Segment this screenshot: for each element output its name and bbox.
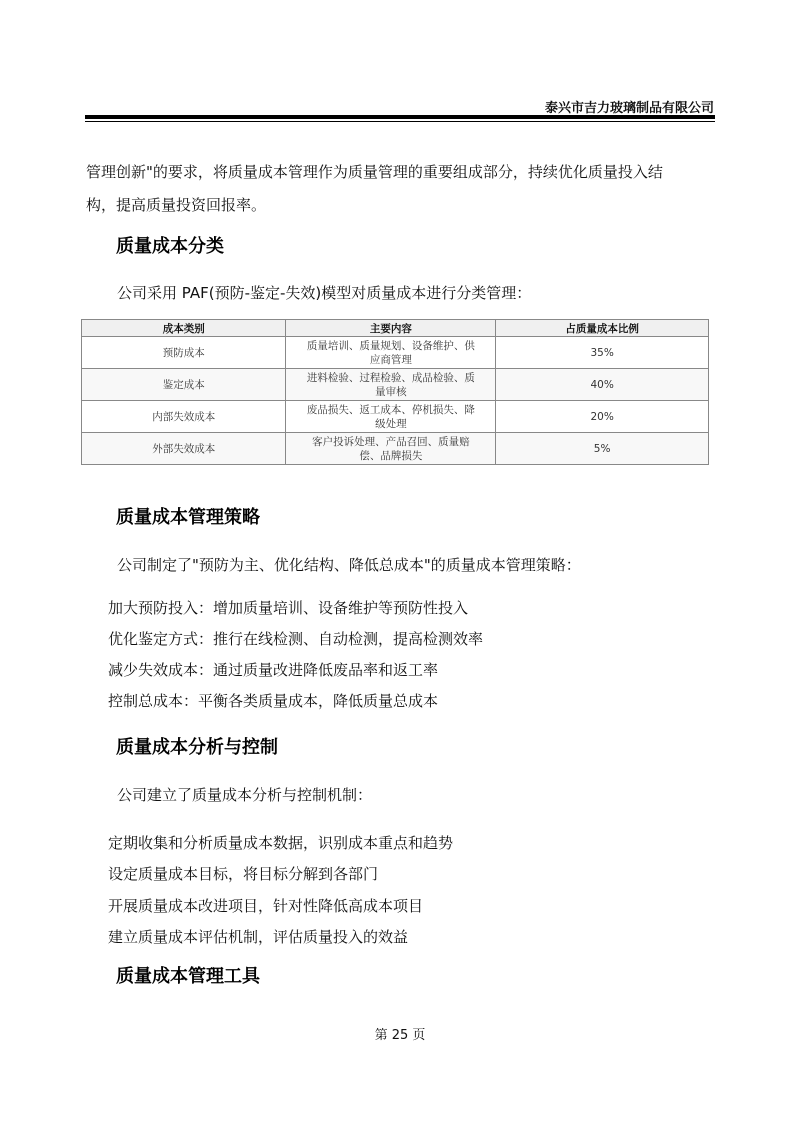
section-lead-analysis: 公司建立了质量成本分析与控制机制：: [117, 785, 372, 805]
intro-line-1: 管理创新"的要求，将质量成本管理作为质量管理的重要组成部分，持续优化质量投入结: [86, 162, 663, 182]
cell-content-line-1: 废品损失、返工成本、停机损失、降: [307, 404, 475, 416]
strategy-item: 优化鉴定方式：推行在线检测、自动检测，提高检测效率: [108, 629, 483, 649]
cell-content-line-2: 量审核: [375, 386, 407, 398]
table-row: 外部失效成本 客户投诉处理、产品召回、质量赔偿、品牌损失 5%: [82, 433, 709, 465]
cell-category: 外部失效成本: [82, 433, 286, 465]
cost-classification-table: 成本类别 主要内容 占质量成本比例 预防成本 质量培训、质量规划、设备维护、供应…: [81, 319, 709, 465]
strategy-item: 加大预防投入：增加质量培训、设备维护等预防性投入: [108, 598, 468, 618]
table-header-share: 占质量成本比例: [496, 320, 709, 337]
analysis-item: 建立质量成本评估机制，评估质量投入的效益: [108, 927, 408, 947]
cell-category: 预防成本: [82, 337, 286, 369]
strategy-item: 控制总成本：平衡各类质量成本，降低质量总成本: [108, 691, 438, 711]
cell-share: 20%: [496, 401, 709, 433]
table-header-category: 成本类别: [82, 320, 286, 337]
cell-content: 进料检验、过程检验、成品检验、质量审核: [286, 369, 496, 401]
cell-content: 废品损失、返工成本、停机损失、降级处理: [286, 401, 496, 433]
cell-content-line-1: 进料检验、过程检验、成品检验、质: [307, 372, 475, 384]
cell-content: 客户投诉处理、产品召回、质量赔偿、品牌损失: [286, 433, 496, 465]
cell-category: 内部失效成本: [82, 401, 286, 433]
table-row: 内部失效成本 废品损失、返工成本、停机损失、降级处理 20%: [82, 401, 709, 433]
section-heading-strategy: 质量成本管理策略: [116, 506, 260, 530]
header-company-name: 泰兴市吉力玻璃制品有限公司: [545, 97, 714, 116]
cell-content-line-2: 偿、品牌损失: [359, 450, 422, 462]
table-row: 鉴定成本 进料检验、过程检验、成品检验、质量审核 40%: [82, 369, 709, 401]
analysis-item: 开展质量成本改进项目，针对性降低高成本项目: [108, 896, 423, 916]
table-header-content: 主要内容: [286, 320, 496, 337]
analysis-item: 定期收集和分析质量成本数据，识别成本重点和趋势: [108, 833, 453, 853]
cell-content: 质量培训、质量规划、设备维护、供应商管理: [286, 337, 496, 369]
cell-content-line-1: 质量培训、质量规划、设备维护、供: [307, 340, 475, 352]
page-number: 第 25 页: [0, 1024, 800, 1043]
table-row: 预防成本 质量培训、质量规划、设备维护、供应商管理 35%: [82, 337, 709, 369]
section-heading-analysis: 质量成本分析与控制: [116, 736, 278, 760]
intro-line-2: 构，提高质量投资回报率。: [86, 195, 266, 215]
section-lead-strategy: 公司制定了"预防为主、优化结构、降低总成本"的质量成本管理策略：: [117, 555, 581, 575]
section-lead-classification: 公司采用 PAF(预防-鉴定-失效)模型对质量成本进行分类管理：: [117, 283, 531, 303]
cell-share: 40%: [496, 369, 709, 401]
cell-category: 鉴定成本: [82, 369, 286, 401]
section-heading-tools: 质量成本管理工具: [116, 965, 260, 989]
cell-content-line-2: 应商管理: [370, 354, 412, 366]
section-heading-classification: 质量成本分类: [116, 235, 224, 259]
cell-content-line-2: 级处理: [375, 418, 407, 430]
header-rule-thin: [85, 121, 715, 122]
table-header-row: 成本类别 主要内容 占质量成本比例: [82, 320, 709, 337]
cell-share: 35%: [496, 337, 709, 369]
cell-share: 5%: [496, 433, 709, 465]
header-rule-thick: [85, 115, 715, 119]
strategy-item: 减少失效成本：通过质量改进降低废品率和返工率: [108, 660, 438, 680]
analysis-item: 设定质量成本目标，将目标分解到各部门: [108, 864, 378, 884]
cell-content-line-1: 客户投诉处理、产品召回、质量赔: [312, 436, 470, 448]
